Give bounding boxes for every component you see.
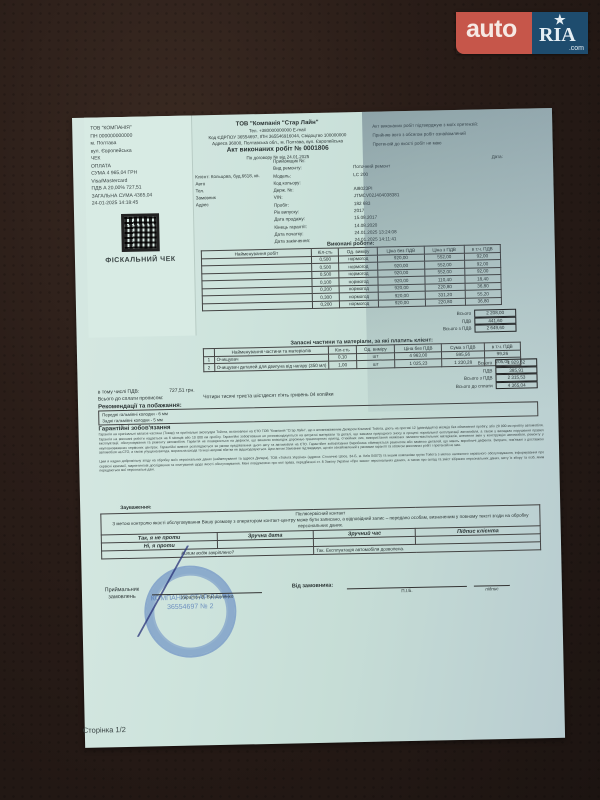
remarks-title: Зауваження: [120,504,151,511]
words-label: Всього до сплати прописом: [98,395,164,402]
client-fields: Клієнт: Кольцова, буд.6618, кв.АвтоТел.З… [195,172,260,208]
total-label: Всього з ПДВ [443,326,475,332]
vehicle-details: Прийомщик №:Вид ремонту:Поточний ремонтМ… [273,154,445,245]
table-cell: 36,80 [465,297,501,305]
receiver-name: Харитон В. Васильченко [152,592,262,600]
receiver-label: Приймальник замовлень [92,586,152,601]
total-label: Всього [478,360,496,365]
total-label: ПДВ [483,368,496,373]
table-cell: нормогод [340,300,379,308]
service-act-document: ТОВ "КОМПАНІЯ"ПН 000000000000м. Полтавав… [72,108,565,748]
table-cell [202,301,312,311]
consent-text: Цим я надаю добровільну згоду на обробку… [99,451,544,474]
table-cell: шт [356,360,395,368]
client-field: Клієнт: Кольцова, буд.6618, кв. [195,172,260,180]
table-cell: 920,00 [378,299,425,307]
fiscal-receipt: ТОВ "КОМПАНІЯ"ПН 000000000000м. Полтавав… [84,115,197,337]
works-table: Виконані роботи:Найменування робітКіл-ст… [201,237,502,311]
star-icon: ★ [554,12,566,28]
total-value: 4 365,04 [496,381,538,389]
autoria-watermark-logo: auto ★ RIA .com [456,12,588,54]
vat-amount: 727,51 грн. [169,387,195,394]
fiscal-receipt-label: ФІСКАЛЬНИЙ ЧЕК [93,254,188,266]
post-service-contact-table: Післясервісний контакт З метою контролю … [100,504,541,559]
vat-label: в тому числі ПДВ: [98,389,140,396]
table-cell: 220,80 [425,298,465,306]
customer-name-line: П.І.Б. [347,586,467,595]
total-value: 2 649,60 [474,324,516,332]
logo-ria-block: ★ RIA .com [532,12,588,54]
table-cell: Очищувач деталей для двигуна від нагару … [214,361,329,371]
table-cell: 0,200 [312,300,340,308]
parts-totals: Всього1 929,62ПДВ385,91Всього з ПДВ2 315… [407,358,538,391]
total-row: Всього до сплати4 365,04 [408,381,538,391]
logo-auto-text: auto [456,12,532,54]
total-label: Всього з ПДВ [464,375,496,381]
receipt-line: 24-01-2025 14:18:45 [92,199,187,208]
receipt-lines: ТОВ "КОМПАНІЯ"ПН 000000000000м. Полтавав… [90,124,187,208]
total-label: Всього до сплати [456,383,496,389]
works-totals: Всього2 208,00ПДВ441,60Всього з ПДВ2 649… [406,309,516,334]
table-cell: 2 [204,364,215,372]
table-cell: 1,00 [329,361,357,369]
page-number: Сторінка 1/2 [83,725,126,735]
note-line: Претензій до якості робіт не маю [373,136,533,148]
customer-label: Від замовника: [292,583,333,590]
client-field: Адрес [196,200,261,208]
customer-signature-line: підпис [474,585,510,592]
logo-domain: .com [569,45,584,52]
qr-code-icon [121,213,160,252]
total-row: Всього з ПДВ2 649,60 [406,324,516,334]
total-label: ПДВ [462,318,475,323]
warranty-section: Гарантійні зобов'язання Гарантія на ориг… [98,418,544,473]
total-label: Всього [457,311,475,316]
